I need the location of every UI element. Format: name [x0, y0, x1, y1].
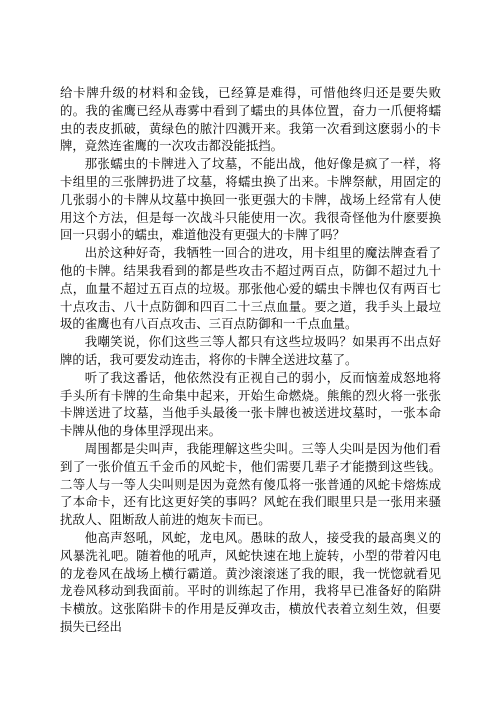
paragraph: 他高声怒吼，风蛇，龙电风。愚昧的敌人，接受我的最高奥义的风暴洗礼吧。随着他的吼声… [60, 529, 441, 636]
paragraph: 出於这种好奇，我牺牲一回合的进攻，用卡组里的魔法牌查看了他的卡牌。结果我看到的都… [60, 244, 441, 333]
body-text: 给卡牌升级的材料和金钱，已经算是难得，可惜他终归还是要失败的。我的雀鹰已经从毒雾… [60, 84, 441, 636]
document-page: 给卡牌升级的材料和金钱，已经算是难得，可惜他终归还是要失败的。我的雀鹰已经从毒雾… [0, 0, 501, 711]
paragraph: 那张蠕虫的卡牌进入了坟墓，不能出战，他好像是疯了一样，将卡组里的三张牌扔进了坟墓… [60, 155, 441, 244]
paragraph: 听了我这番话，他依然没有正视自己的弱小，反而恼羞成怒地将手头所有卡牌的生命集中起… [60, 369, 441, 440]
paragraph: 周围都是尖叫声，我能理解这些尖叫。三等人尖叫是因为他们看到了一张价值五千金币的风… [60, 440, 441, 529]
paragraph: 给卡牌升级的材料和金钱，已经算是难得，可惜他终归还是要失败的。我的雀鹰已经从毒雾… [60, 84, 441, 155]
paragraph: 我嘲笑说，你们这些三等人都只有这些垃圾吗？如果再不出点好牌的话，我可要发动连击，… [60, 333, 441, 369]
